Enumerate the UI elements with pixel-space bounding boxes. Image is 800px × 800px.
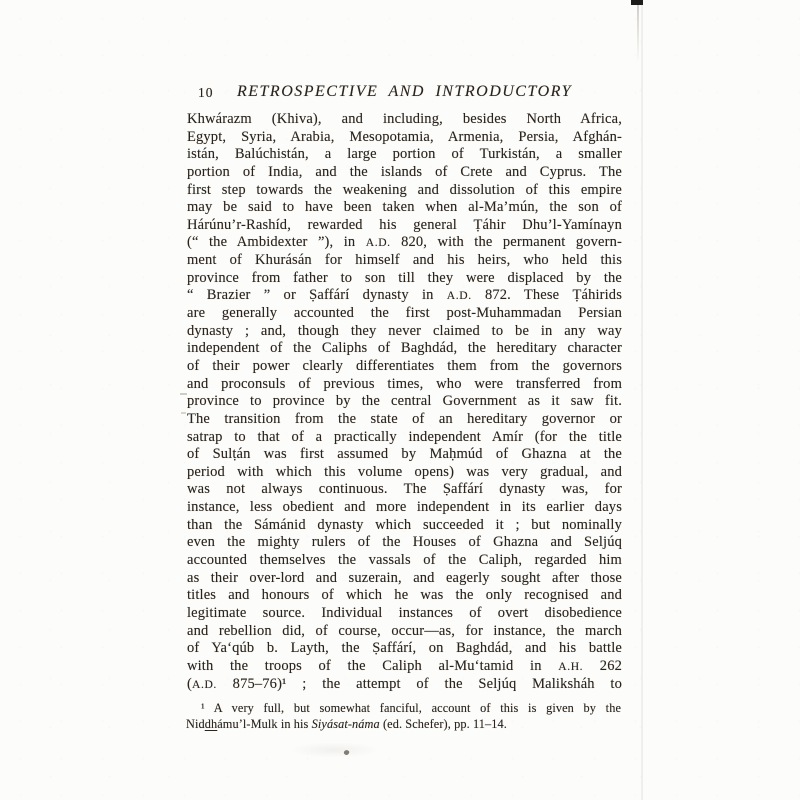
body-line: “ Brazier ” or Ṣaffárí dynasty in A.D. 8… bbox=[187, 287, 622, 305]
body-line: of Sulṭán was first assumed by Maḥmúd of… bbox=[187, 446, 622, 464]
body-line: istán, Balúchistán, a large portion of T… bbox=[187, 146, 622, 164]
body-line: and proconsuls of previous times, who we… bbox=[187, 376, 622, 394]
scanned-book-page: 10 RETROSPECTIVE AND INTRODUCTORY Khwára… bbox=[0, 0, 800, 800]
footnote-segment: (ed. Schefer), pp. 11–14. bbox=[380, 717, 507, 731]
scan-artifact-streak bbox=[637, 5, 639, 63]
body-line: titles and honours of which he was the o… bbox=[187, 587, 622, 605]
footnote: ¹ A very full, but somewhat fanciful, ac… bbox=[186, 701, 621, 733]
body-line: even the mighty rulers of the Houses of … bbox=[187, 534, 622, 552]
body-line: of their power clearly differentiates th… bbox=[187, 358, 622, 376]
body-line: of Ya‘qúb b. Layth, the Ṣaffárí, on Bagh… bbox=[187, 640, 622, 658]
body-line: Khwárazm (Khiva), and including, besides… bbox=[187, 111, 622, 129]
page-edge-shadow bbox=[641, 0, 643, 800]
body-line: are generally accounted the first post-M… bbox=[187, 305, 622, 323]
scan-artifact-smudge bbox=[290, 742, 380, 758]
body-line: Egypt, Syria, Arabia, Mesopotamia, Armen… bbox=[187, 129, 622, 147]
running-header: 10 RETROSPECTIVE AND INTRODUCTORY bbox=[187, 83, 622, 101]
body-line: Hárúnu’r-Rashíd, rewarded his general Ṭá… bbox=[187, 217, 622, 235]
body-line: may be said to have been taken when al-M… bbox=[187, 199, 622, 217]
body-line: and rebellion did, of course, occur—as, … bbox=[187, 623, 622, 641]
body-line: satrap to that of a practically independ… bbox=[187, 429, 622, 447]
footnote-segment: dh bbox=[205, 717, 218, 731]
body-line: was not always continuous. The Ṣaffárí d… bbox=[187, 481, 622, 499]
body-line: independent of the Caliphs of Baghdád, t… bbox=[187, 340, 622, 358]
body-line: dynasty ; and, though they never claimed… bbox=[187, 323, 622, 341]
body-line: portion of India, and the islands of Cre… bbox=[187, 164, 622, 182]
body-line: than the Sámánid dynasty which succeeded… bbox=[187, 517, 622, 535]
footnote-line-2: Niddhámu’l-Mulk in his Siyásat-náma (ed.… bbox=[186, 717, 621, 733]
body-line: ment of Khurásán for himself and his hei… bbox=[187, 252, 622, 270]
body-line: as their over-lord and suzerain, and eag… bbox=[187, 570, 622, 588]
body-line: instance, less obedient and more indepen… bbox=[187, 499, 622, 517]
body-line: accounted themselves the vassals of the … bbox=[187, 552, 622, 570]
scan-artifact-mark bbox=[181, 412, 186, 414]
scan-artifact-mark bbox=[180, 393, 187, 395]
page-number: 10 bbox=[198, 85, 214, 101]
footnote-segment: ámu’l-Mulk in his bbox=[217, 717, 311, 731]
body-line: province from father to son till they we… bbox=[187, 270, 622, 288]
body-text: Khwárazm (Khiva), and including, besides… bbox=[187, 111, 622, 693]
body-line: legitimate source. Individual instances … bbox=[187, 605, 622, 623]
body-line: (A.D. 875–76)¹ ; the attempt of the Selj… bbox=[187, 676, 622, 694]
body-line: first step towards the weakening and dis… bbox=[187, 182, 622, 200]
body-line: province to province by the central Gove… bbox=[187, 393, 622, 411]
footnote-segment: Siyásat-náma bbox=[312, 717, 380, 731]
footnote-segment: Nid bbox=[186, 717, 205, 731]
body-line: The transition from the state of an here… bbox=[187, 411, 622, 429]
body-line: (“ the Ambidexter ”), in A.D. 820, with … bbox=[187, 234, 622, 252]
body-line: with the troops of the Caliph al-Mu‘tami… bbox=[187, 658, 622, 676]
running-head-title: RETROSPECTIVE AND INTRODUCTORY bbox=[237, 83, 572, 100]
footnote-line-1: ¹ A very full, but somewhat fanciful, ac… bbox=[186, 701, 621, 717]
body-line: period with which this volume opens) was… bbox=[187, 464, 622, 482]
